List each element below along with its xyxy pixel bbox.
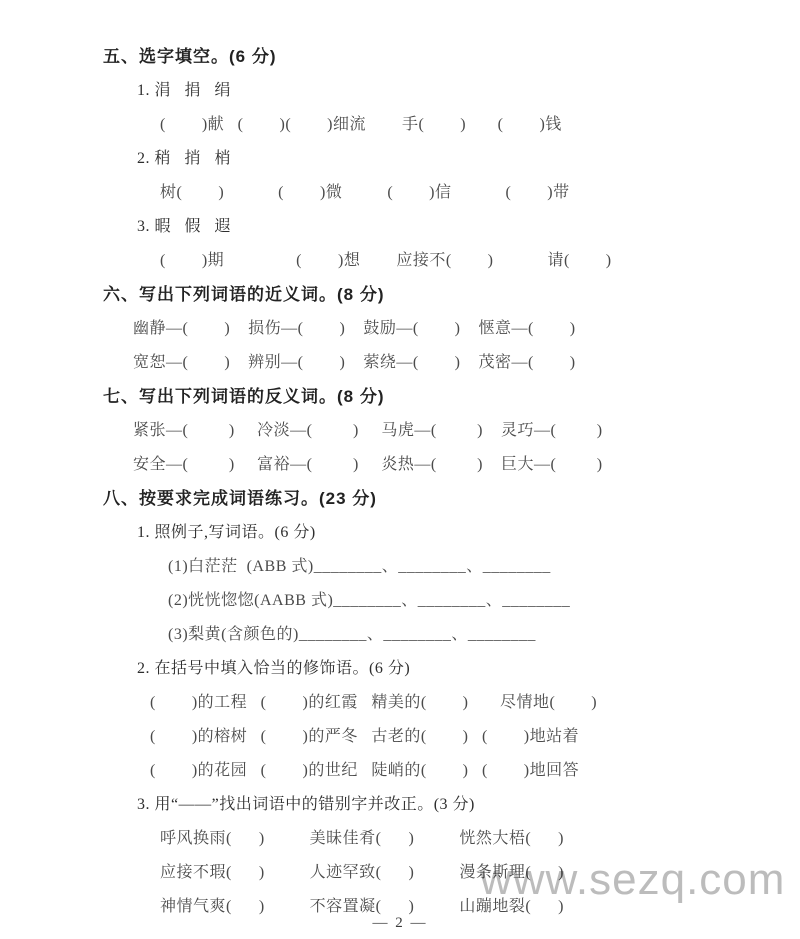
section-5-title: 五、选字填空。(6 分) — [103, 40, 800, 74]
exam-content: 五、选字填空。(6 分) 1. 涓 捐 绢 ( )献 ( )( )细流 手( )… — [0, 0, 800, 924]
exam-page: 五、选字填空。(6 分) 1. 涓 捐 绢 ( )献 ( )( )细流 手( )… — [0, 0, 800, 939]
s5-item-2-choices: 2. 稍 捎 梢 — [137, 142, 800, 176]
s8-q3-row-1: 呼风换雨( ) 美昧佳肴( ) 恍然大梧( ) — [160, 822, 800, 856]
s8-q3-label: 3. 用“——”找出词语中的错别字并改正。(3 分) — [137, 788, 800, 822]
s7-antonym-row-1: 紧张—( ) 冷淡—( ) 马虎—( ) 灵巧—( ) — [133, 414, 800, 448]
s8-q1-row-3: (3)梨黄(含颜色的)________、________、________ — [168, 618, 800, 652]
s5-item-3-choices: 3. 暇 假 遐 — [137, 210, 800, 244]
watermark: www.sezq.com — [480, 856, 785, 904]
s8-q2-row-3: ( )的花园 ( )的世纪 陡峭的( ) ( )地回答 — [150, 754, 800, 788]
page-number: — 2 — — [0, 915, 800, 932]
s5-item-2-blanks: 树( ) ( )微 ( )信 ( )带 — [160, 176, 800, 210]
s8-q2-row-2: ( )的榕树 ( )的严冬 古老的( ) ( )地站着 — [150, 720, 800, 754]
s8-q1-row-2: (2)恍恍惚惚(AABB 式)________、________、_______… — [168, 584, 800, 618]
s7-antonym-row-2: 安全—( ) 富裕—( ) 炎热—( ) 巨大—( ) — [133, 448, 800, 482]
s8-q1-row-1: (1)白茫茫 (ABB 式)________、________、________ — [168, 550, 800, 584]
s8-q1-label: 1. 照例子,写词语。(6 分) — [137, 516, 800, 550]
s6-synonym-row-1: 幽静—( ) 损伤—( ) 鼓励—( ) 惬意—( ) — [133, 312, 800, 346]
section-7-title: 七、写出下列词语的反义词。(8 分) — [103, 380, 800, 414]
s5-item-1-choices: 1. 涓 捐 绢 — [137, 74, 800, 108]
s5-item-1-blanks: ( )献 ( )( )细流 手( ) ( )钱 — [160, 108, 800, 142]
s8-q2-label: 2. 在括号中填入恰当的修饰语。(6 分) — [137, 652, 800, 686]
section-6-title: 六、写出下列词语的近义词。(8 分) — [103, 278, 800, 312]
s6-synonym-row-2: 宽恕—( ) 辨别—( ) 萦绕—( ) 茂密—( ) — [133, 346, 800, 380]
section-8-title: 八、按要求完成词语练习。(23 分) — [103, 482, 800, 516]
s8-q2-row-1: ( )的工程 ( )的红霞 精美的( ) 尽情地( ) — [150, 686, 800, 720]
s5-item-3-blanks: ( )期 ( )想 应接不( ) 请( ) — [160, 244, 800, 278]
